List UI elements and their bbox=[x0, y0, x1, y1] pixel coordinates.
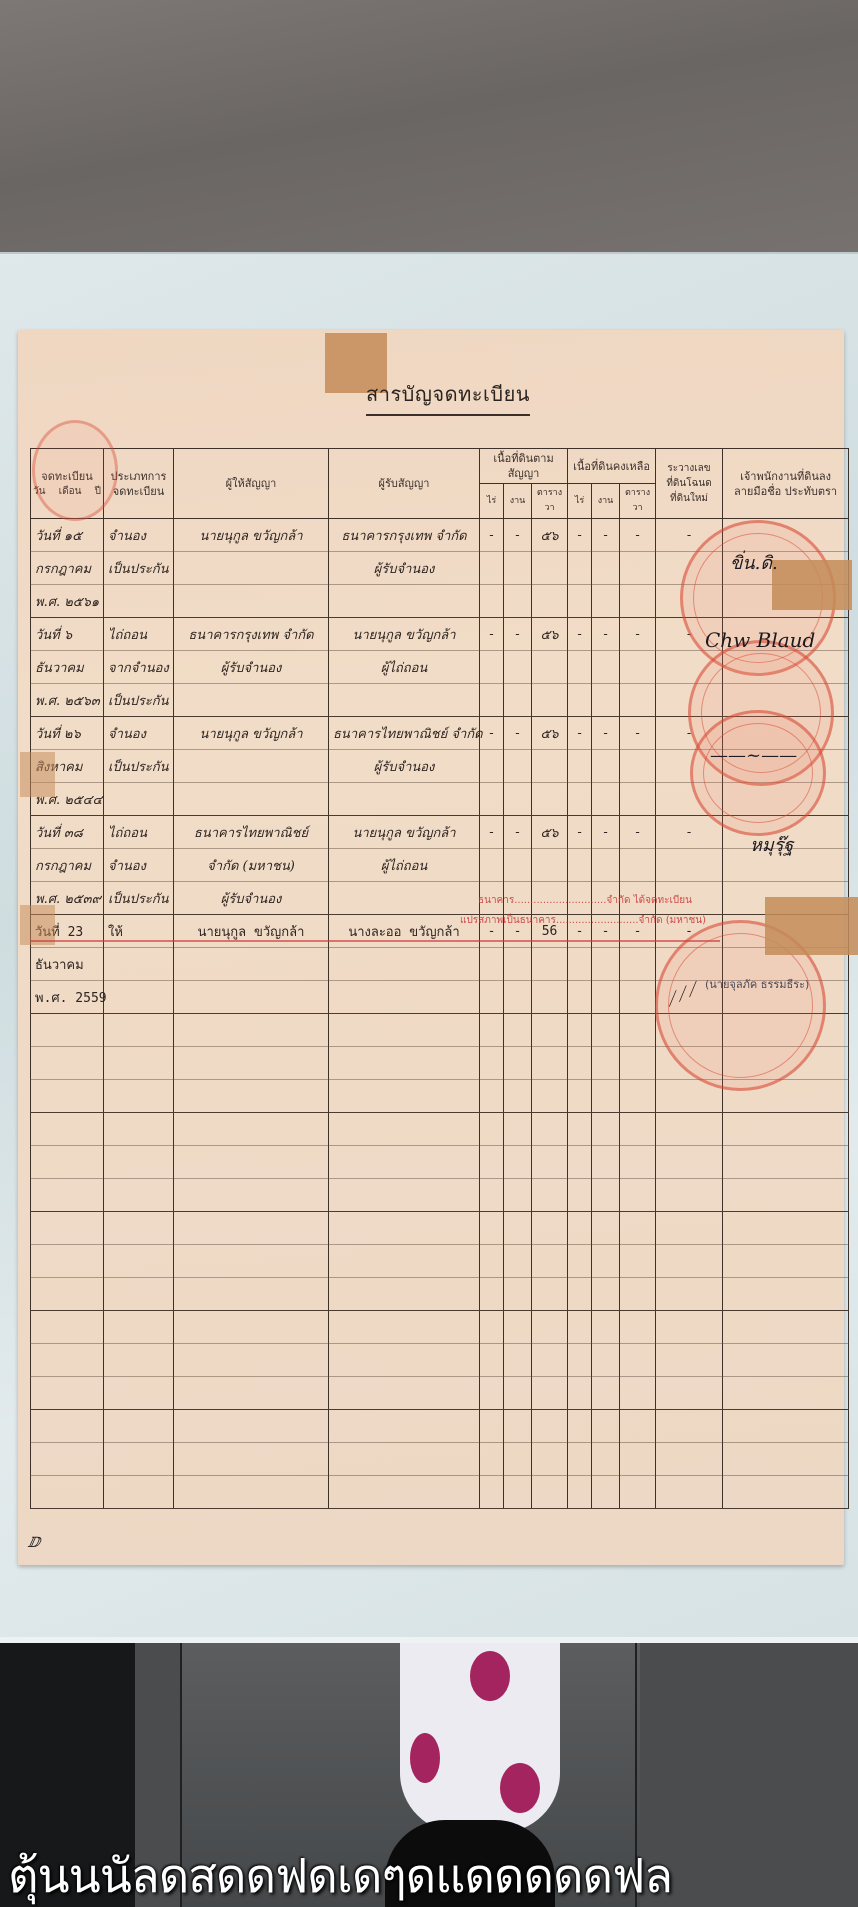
blank-cell bbox=[568, 1443, 592, 1476]
grantor-cell bbox=[174, 783, 329, 816]
blank-cell bbox=[174, 1344, 329, 1377]
blank-row bbox=[31, 1476, 849, 1509]
blank-cell bbox=[329, 1113, 480, 1146]
blank-cell bbox=[31, 1410, 104, 1443]
blank-cell bbox=[504, 1179, 532, 1212]
area-contract-sqwa bbox=[532, 651, 568, 684]
blank-cell bbox=[174, 1377, 329, 1410]
blank-cell bbox=[723, 1113, 849, 1146]
area-contract-sqwa bbox=[532, 552, 568, 585]
blank-cell bbox=[480, 1443, 504, 1476]
area-remaining-ngan: - bbox=[592, 717, 620, 750]
blank-cell bbox=[592, 1146, 620, 1179]
type-cell: จำนอง bbox=[104, 519, 174, 552]
area-contract-rai bbox=[480, 849, 504, 882]
blank-cell bbox=[620, 1212, 656, 1245]
blank-cell bbox=[504, 1476, 532, 1509]
area-contract-rai bbox=[480, 684, 504, 717]
blank-cell bbox=[532, 1047, 568, 1080]
header-area-remaining: เนื้อที่ดินคงเหลือ bbox=[568, 449, 656, 484]
blank-cell bbox=[174, 1080, 329, 1113]
blank-cell bbox=[568, 1014, 592, 1047]
blank-cell bbox=[329, 1344, 480, 1377]
area-contract-ngan: - bbox=[504, 519, 532, 552]
blank-cell bbox=[329, 1047, 480, 1080]
blank-cell bbox=[329, 1080, 480, 1113]
area-contract-rai: - bbox=[480, 519, 504, 552]
blank-cell bbox=[31, 1113, 104, 1146]
blank-cell bbox=[104, 1080, 174, 1113]
blank-cell bbox=[329, 1212, 480, 1245]
type-cell: ให้ bbox=[104, 915, 174, 948]
blank-cell bbox=[592, 1278, 620, 1311]
document-title: สารบัญจดทะเบียน bbox=[366, 378, 530, 416]
area-remaining-sqwa bbox=[620, 750, 656, 783]
type-cell bbox=[104, 783, 174, 816]
type-cell: เป็นประกัน bbox=[104, 684, 174, 717]
area-contract-sqwa bbox=[532, 783, 568, 816]
blank-cell bbox=[620, 1047, 656, 1080]
blank-cell bbox=[104, 1146, 174, 1179]
area-contract-ngan bbox=[504, 684, 532, 717]
grantee-cell: ผู้รับจำนอง bbox=[329, 750, 480, 783]
blank-cell bbox=[568, 1278, 592, 1311]
blank-cell bbox=[532, 1113, 568, 1146]
area-contract-rai bbox=[480, 750, 504, 783]
blank-cell bbox=[532, 1443, 568, 1476]
blank-row bbox=[31, 1443, 849, 1476]
blank-cell bbox=[620, 1014, 656, 1047]
area-contract-ngan bbox=[504, 783, 532, 816]
blank-cell bbox=[656, 1443, 723, 1476]
blank-cell bbox=[480, 1113, 504, 1146]
area-contract-sqwa bbox=[532, 849, 568, 882]
blank-cell bbox=[620, 1080, 656, 1113]
area-contract-rai bbox=[480, 981, 504, 1014]
blank-cell bbox=[532, 1014, 568, 1047]
blank-cell bbox=[104, 1476, 174, 1509]
blank-cell bbox=[31, 1014, 104, 1047]
type-cell: เป็นประกัน bbox=[104, 882, 174, 915]
blank-cell bbox=[656, 1377, 723, 1410]
area-remaining-ngan: - bbox=[592, 816, 620, 849]
blank-cell bbox=[174, 1113, 329, 1146]
blank-cell bbox=[31, 1344, 104, 1377]
blank-cell bbox=[174, 1047, 329, 1080]
type-cell: ไถ่ถอน bbox=[104, 618, 174, 651]
blank-cell bbox=[504, 1311, 532, 1344]
date-cell: พ.ศ. ๒๕๖๑ bbox=[31, 585, 104, 618]
blank-cell bbox=[656, 1146, 723, 1179]
grantor-cell: ธนาคารไทยพาณิชย์ bbox=[174, 816, 329, 849]
blank-cell bbox=[723, 1278, 849, 1311]
blank-cell bbox=[480, 1410, 504, 1443]
blank-cell bbox=[480, 1245, 504, 1278]
area-contract-sqwa: ๕๖ bbox=[532, 717, 568, 750]
area-contract-rai: - bbox=[480, 816, 504, 849]
tape-strip bbox=[20, 905, 55, 945]
blank-cell bbox=[329, 1014, 480, 1047]
area-contract-rai bbox=[480, 651, 504, 684]
area-contract-ngan bbox=[504, 849, 532, 882]
blank-cell bbox=[174, 1278, 329, 1311]
grantor-cell: จำกัด (มหาชน) bbox=[174, 849, 329, 882]
area-remaining-rai bbox=[568, 552, 592, 585]
header-grantee: ผู้รับสัญญา bbox=[329, 449, 480, 519]
grantee-cell: ธนาคารไทยพาณิชย์ จำกัด bbox=[329, 717, 480, 750]
blank-cell bbox=[174, 1212, 329, 1245]
blank-row bbox=[31, 1245, 849, 1278]
header-grantor: ผู้ให้สัญญา bbox=[174, 449, 329, 519]
red-stamp-text: ธนาคาร.............................จำกัด… bbox=[478, 893, 692, 908]
blank-cell bbox=[504, 1410, 532, 1443]
blank-cell bbox=[329, 1146, 480, 1179]
grantor-cell bbox=[174, 981, 329, 1014]
area-remaining-ngan bbox=[592, 585, 620, 618]
blank-cell bbox=[174, 1476, 329, 1509]
blank-cell bbox=[504, 1212, 532, 1245]
blank-cell bbox=[480, 1377, 504, 1410]
background-floor-top bbox=[0, 0, 858, 260]
red-stamp-text: แปรสภาพเป็นธนาคาร.......................… bbox=[460, 913, 706, 928]
blank-cell bbox=[656, 1212, 723, 1245]
blank-cell bbox=[723, 1476, 849, 1509]
blank-cell bbox=[620, 1146, 656, 1179]
blank-cell bbox=[480, 1278, 504, 1311]
blank-cell bbox=[104, 1410, 174, 1443]
area-remaining-sqwa bbox=[620, 585, 656, 618]
grantor-cell bbox=[174, 585, 329, 618]
blank-cell bbox=[723, 1311, 849, 1344]
area-contract-ngan bbox=[504, 981, 532, 1014]
blank-cell bbox=[620, 1278, 656, 1311]
blank-cell bbox=[104, 1377, 174, 1410]
blank-cell bbox=[504, 1443, 532, 1476]
area-contract-rai bbox=[480, 552, 504, 585]
blank-cell bbox=[620, 1344, 656, 1377]
area-remaining-rai bbox=[568, 981, 592, 1014]
blank-cell bbox=[592, 1179, 620, 1212]
blank-cell bbox=[568, 1113, 592, 1146]
header-officer: เจ้าพนักงานที่ดินลงลายมือชื่อ ประทับตรา bbox=[723, 449, 849, 519]
blank-cell bbox=[568, 1047, 592, 1080]
area-contract-rai bbox=[480, 783, 504, 816]
blank-cell bbox=[504, 1278, 532, 1311]
blank-cell bbox=[592, 1212, 620, 1245]
grantor-cell bbox=[174, 552, 329, 585]
area-contract-rai: - bbox=[480, 717, 504, 750]
date-cell: วันที่ ๑๕ bbox=[31, 519, 104, 552]
header-new-deed: ระวางเลขที่ดินโฉนดที่ดินใหม่ bbox=[656, 449, 723, 519]
area-contract-rai bbox=[480, 948, 504, 981]
blank-row bbox=[31, 1113, 849, 1146]
area-contract-ngan: - bbox=[504, 618, 532, 651]
blank-cell bbox=[723, 1212, 849, 1245]
date-cell: ธันวาคม bbox=[31, 651, 104, 684]
blank-cell bbox=[568, 1311, 592, 1344]
blank-cell bbox=[31, 1311, 104, 1344]
blank-cell bbox=[620, 1113, 656, 1146]
grantee-cell bbox=[329, 882, 480, 915]
blank-cell bbox=[31, 1179, 104, 1212]
blank-cell bbox=[174, 1245, 329, 1278]
blank-cell bbox=[104, 1014, 174, 1047]
officer-signature: ขิ่น.ดิ. bbox=[730, 548, 778, 577]
blank-cell bbox=[592, 1014, 620, 1047]
area-remaining-ngan: - bbox=[592, 519, 620, 552]
area-contract-rai bbox=[480, 585, 504, 618]
blank-cell bbox=[329, 1179, 480, 1212]
blank-cell bbox=[532, 1146, 568, 1179]
blank-cell bbox=[174, 1146, 329, 1179]
date-cell: กรกฎาคม bbox=[31, 849, 104, 882]
blank-cell bbox=[480, 1080, 504, 1113]
area-contract-ngan bbox=[504, 552, 532, 585]
blank-cell bbox=[31, 1476, 104, 1509]
officer-name: (นายจุลภัค ธรรมธีระ) bbox=[705, 975, 809, 993]
blank-cell bbox=[329, 1377, 480, 1410]
blank-cell bbox=[104, 1047, 174, 1080]
area-contract-ngan bbox=[504, 948, 532, 981]
blank-cell bbox=[568, 1377, 592, 1410]
grantee-cell: ธนาคารกรุงเทพ จำกัด bbox=[329, 519, 480, 552]
type-cell bbox=[104, 981, 174, 1014]
blank-cell bbox=[480, 1047, 504, 1080]
blank-cell bbox=[504, 1344, 532, 1377]
blank-cell bbox=[174, 1179, 329, 1212]
blank-cell bbox=[532, 1410, 568, 1443]
grantee-cell bbox=[329, 981, 480, 1014]
blank-cell bbox=[592, 1476, 620, 1509]
blank-cell bbox=[532, 1245, 568, 1278]
grantor-cell: ธนาคารกรุงเทพ จำกัด bbox=[174, 618, 329, 651]
blank-cell bbox=[329, 1476, 480, 1509]
grantor-cell: ผู้รับจำนอง bbox=[174, 882, 329, 915]
blank-cell bbox=[656, 1245, 723, 1278]
area-remaining-sqwa bbox=[620, 981, 656, 1014]
area-remaining-rai bbox=[568, 948, 592, 981]
corner-initials: ⅅ bbox=[28, 1535, 40, 1551]
area-remaining-ngan bbox=[592, 552, 620, 585]
type-cell bbox=[104, 585, 174, 618]
unit-rai: ไร่ bbox=[480, 484, 504, 519]
area-contract-ngan bbox=[504, 585, 532, 618]
blank-cell bbox=[504, 1377, 532, 1410]
area-remaining-sqwa bbox=[620, 684, 656, 717]
blank-row bbox=[31, 1278, 849, 1311]
grantee-cell: ผู้ไถ่ถอน bbox=[329, 849, 480, 882]
grantee-cell: ผู้รับจำนอง bbox=[329, 552, 480, 585]
blank-cell bbox=[568, 1146, 592, 1179]
blank-cell bbox=[480, 1212, 504, 1245]
grantor-cell: นายนุกูล ขวัญกล้า bbox=[174, 717, 329, 750]
area-contract-rai: - bbox=[480, 618, 504, 651]
area-contract-sqwa: ๕๖ bbox=[532, 816, 568, 849]
area-remaining-rai: - bbox=[568, 519, 592, 552]
blank-cell bbox=[31, 1443, 104, 1476]
blank-cell bbox=[656, 1476, 723, 1509]
area-remaining-rai bbox=[568, 750, 592, 783]
area-remaining-sqwa: - bbox=[620, 816, 656, 849]
grantor-cell bbox=[174, 948, 329, 981]
blank-cell bbox=[174, 1443, 329, 1476]
grantor-cell: นายนุกูล ขวัญกล้า bbox=[174, 519, 329, 552]
tape-strip bbox=[20, 752, 55, 797]
red-stamp bbox=[690, 710, 826, 836]
blank-cell bbox=[532, 1080, 568, 1113]
date-cell: พ.ศ. 2559 bbox=[31, 981, 104, 1014]
blank-cell bbox=[31, 1146, 104, 1179]
type-cell bbox=[104, 948, 174, 981]
blank-cell bbox=[568, 1245, 592, 1278]
blank-cell bbox=[620, 1377, 656, 1410]
blank-cell bbox=[592, 1410, 620, 1443]
blank-cell bbox=[31, 1377, 104, 1410]
blank-cell bbox=[620, 1410, 656, 1443]
officer-signature: ——~—— bbox=[710, 745, 797, 766]
blank-cell bbox=[504, 1047, 532, 1080]
grantee-cell bbox=[329, 948, 480, 981]
date-cell: วันที่ ๒๖ bbox=[31, 717, 104, 750]
area-remaining-ngan bbox=[592, 783, 620, 816]
grantee-cell: นางละออ ขวัญกล้า bbox=[329, 915, 480, 948]
blank-row bbox=[31, 1212, 849, 1245]
grantor-cell bbox=[174, 750, 329, 783]
blank-cell bbox=[329, 1443, 480, 1476]
area-remaining-sqwa bbox=[620, 552, 656, 585]
unit-ngan: งาน bbox=[504, 484, 532, 519]
grantor-cell: ผู้รับจำนอง bbox=[174, 651, 329, 684]
blank-cell bbox=[568, 1179, 592, 1212]
blank-cell bbox=[104, 1344, 174, 1377]
blank-cell bbox=[532, 1179, 568, 1212]
area-remaining-sqwa bbox=[620, 783, 656, 816]
officer-signature: หมุรุ๊ฐ bbox=[750, 830, 793, 859]
blank-cell bbox=[504, 1245, 532, 1278]
area-remaining-rai: - bbox=[568, 816, 592, 849]
blank-row bbox=[31, 1311, 849, 1344]
red-stamp bbox=[32, 420, 118, 521]
area-contract-ngan bbox=[504, 651, 532, 684]
blank-cell bbox=[656, 1311, 723, 1344]
blank-cell bbox=[568, 1080, 592, 1113]
type-cell: เป็นประกัน bbox=[104, 750, 174, 783]
blank-cell bbox=[174, 1014, 329, 1047]
blank-cell bbox=[504, 1014, 532, 1047]
area-contract-sqwa: ๕๖ bbox=[532, 618, 568, 651]
table-row: พ.ศ. ๒๕๓๙เป็นประกันผู้รับจำนอง bbox=[31, 882, 849, 915]
blank-cell bbox=[480, 1311, 504, 1344]
type-cell: ไถ่ถอน bbox=[104, 816, 174, 849]
blank-cell bbox=[31, 1212, 104, 1245]
blank-cell bbox=[532, 1344, 568, 1377]
blank-cell bbox=[329, 1278, 480, 1311]
table-row: กรกฎาคมจำนองจำกัด (มหาชน)ผู้ไถ่ถอน bbox=[31, 849, 849, 882]
blank-cell bbox=[31, 1047, 104, 1080]
area-remaining-ngan bbox=[592, 750, 620, 783]
blank-cell bbox=[329, 1245, 480, 1278]
blank-cell bbox=[620, 1443, 656, 1476]
blank-cell bbox=[104, 1443, 174, 1476]
area-contract-ngan: - bbox=[504, 717, 532, 750]
area-remaining-sqwa bbox=[620, 948, 656, 981]
area-remaining-rai bbox=[568, 585, 592, 618]
area-remaining-ngan bbox=[592, 849, 620, 882]
grantee-cell bbox=[329, 684, 480, 717]
area-contract-sqwa bbox=[532, 948, 568, 981]
blank-cell bbox=[104, 1278, 174, 1311]
blank-cell bbox=[532, 1476, 568, 1509]
blank-cell bbox=[656, 1113, 723, 1146]
type-cell: จำนอง bbox=[104, 849, 174, 882]
grantee-cell: นายนุกูล ขวัญกล้า bbox=[329, 618, 480, 651]
blank-cell bbox=[568, 1410, 592, 1443]
area-remaining-ngan bbox=[592, 981, 620, 1014]
date-cell: พ.ศ. ๒๕๖๓ bbox=[31, 684, 104, 717]
area-contract-sqwa: ๕๖ bbox=[532, 519, 568, 552]
blank-cell bbox=[329, 1410, 480, 1443]
blank-cell bbox=[592, 1113, 620, 1146]
blank-cell bbox=[104, 1113, 174, 1146]
grantor-cell: นายนุกูล ขวัญกล้า bbox=[174, 915, 329, 948]
area-remaining-rai bbox=[568, 783, 592, 816]
tape-strip bbox=[772, 560, 852, 610]
date-cell: วันที่ ๓๘ bbox=[31, 816, 104, 849]
blank-cell bbox=[480, 1476, 504, 1509]
grantee-cell: ผู้ไถ่ถอน bbox=[329, 651, 480, 684]
officer-signature: Chw Blaud bbox=[705, 628, 815, 652]
area-remaining-sqwa: - bbox=[620, 618, 656, 651]
area-remaining-rai bbox=[568, 849, 592, 882]
blank-cell bbox=[620, 1476, 656, 1509]
blank-cell bbox=[504, 1080, 532, 1113]
blank-cell bbox=[480, 1179, 504, 1212]
blank-cell bbox=[656, 1344, 723, 1377]
blank-cell bbox=[656, 1410, 723, 1443]
area-remaining-ngan bbox=[592, 684, 620, 717]
area-remaining-ngan bbox=[592, 651, 620, 684]
blank-row bbox=[31, 1179, 849, 1212]
area-contract-sqwa bbox=[532, 750, 568, 783]
blank-cell bbox=[592, 1047, 620, 1080]
blank-cell bbox=[620, 1245, 656, 1278]
area-remaining-rai: - bbox=[568, 618, 592, 651]
area-remaining-rai: - bbox=[568, 717, 592, 750]
blank-cell bbox=[592, 1080, 620, 1113]
blank-cell bbox=[532, 1212, 568, 1245]
blank-row bbox=[31, 1377, 849, 1410]
new-deed-cell bbox=[656, 849, 723, 882]
date-cell: ธันวาคม bbox=[31, 948, 104, 981]
blank-cell bbox=[592, 1377, 620, 1410]
grantee-cell bbox=[329, 585, 480, 618]
blank-cell bbox=[329, 1311, 480, 1344]
area-contract-sqwa bbox=[532, 981, 568, 1014]
area-contract-sqwa bbox=[532, 684, 568, 717]
date-cell: กรกฎาคม bbox=[31, 552, 104, 585]
grantee-cell: นายนุกูล ขวัญกล้า bbox=[329, 816, 480, 849]
blank-cell bbox=[532, 1311, 568, 1344]
blank-cell bbox=[480, 1014, 504, 1047]
blank-row bbox=[31, 1344, 849, 1377]
blank-cell bbox=[568, 1212, 592, 1245]
area-contract-ngan: - bbox=[504, 816, 532, 849]
unit-sqwa: ตารางวา bbox=[620, 484, 656, 519]
blank-row bbox=[31, 1410, 849, 1443]
area-remaining-ngan: - bbox=[592, 618, 620, 651]
blank-cell bbox=[104, 1212, 174, 1245]
unit-sqwa: ตารางวา bbox=[532, 484, 568, 519]
